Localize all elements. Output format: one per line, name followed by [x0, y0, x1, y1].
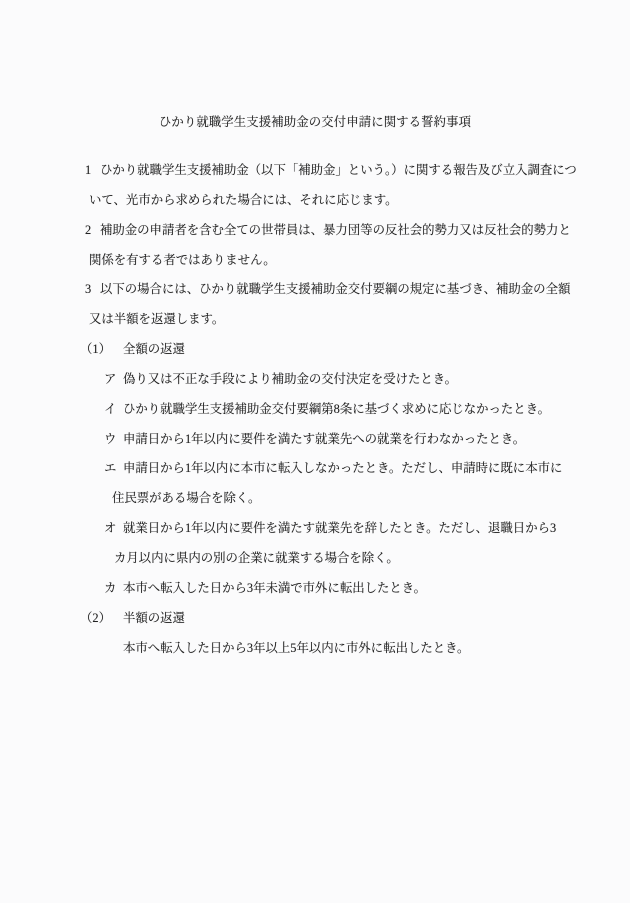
document-title: ひかり就職学生支援補助金の交付申請に関する誓約事項	[0, 108, 630, 138]
item-2-continuation-text: 関係を有する者ではありません。	[89, 253, 276, 267]
sub-item-e-continuation-text: 住民票がある場合を除く。	[112, 491, 260, 505]
item-1-continuation-text: いて、光市から求められた場合には、それに応じます。	[89, 193, 398, 207]
subsection-2-number: （2）	[80, 604, 123, 634]
sub-item-u-marker: ウ	[104, 425, 123, 455]
subsection-1-heading: （1）全額の返還	[0, 335, 630, 365]
sub-item-o-continuation-text: カ月以内に県内の別の企業に就業する場合を除く。	[114, 551, 399, 565]
sub-item-e-text: 申請日から1年以内に本市に転入しなかったとき。ただし、申請時に既に本市に	[123, 461, 562, 475]
subsection-2-text: 半額の返還	[123, 611, 185, 625]
subsection-2-heading: （2）半額の返還	[0, 604, 630, 634]
item-1-number: 1	[85, 156, 100, 186]
item-3-line: 3以下の場合には、ひかり就職学生支援補助金交付要綱の規定に基づき、補助金の全額	[0, 275, 630, 305]
sub-item-i-line: イひかり就職学生支援補助金交付要綱第8条に基づく求めに応じなかったとき。	[0, 395, 630, 425]
sub-item-u-line: ウ申請日から1年以内に要件を満たす就業先への就業を行わなかったとき。	[0, 425, 630, 455]
item-3-number: 3	[85, 275, 100, 305]
item-3-continuation: 又は半額を返還します。	[0, 305, 630, 335]
sub-item-a-text: 偽り又は不正な手段により補助金の交付決定を受けたとき。	[123, 372, 457, 386]
sub-item-o-line: オ就業日から1年以内に要件を満たす就業先を辞したとき。ただし、退職日から3	[0, 514, 630, 544]
sub-item-o-marker: オ	[104, 514, 123, 544]
sub-item-e-marker: エ	[104, 454, 123, 484]
subsection-2-body-text: 本市へ転入した日から3年以上5年以内に市外に転出したとき。	[123, 641, 469, 655]
item-2-number: 2	[85, 216, 100, 246]
item-1-line: 1ひかり就職学生支援補助金（以下「補助金」という。）に関する報告及び立入調査につ	[0, 156, 630, 186]
item-2-line: 2補助金の申請者を含む全ての世帯員は、暴力団等の反社会的勢力又は反社会的勢力と	[0, 216, 630, 246]
subsection-1-number: （1）	[80, 335, 123, 365]
sub-item-e-line: エ申請日から1年以内に本市に転入しなかったとき。ただし、申請時に既に本市に	[0, 454, 630, 484]
sub-item-a-line: ア偽り又は不正な手段により補助金の交付決定を受けたとき。	[0, 365, 630, 395]
sub-item-i-text: ひかり就職学生支援補助金交付要綱第8条に基づく求めに応じなかったとき。	[123, 402, 550, 416]
sub-item-u-text: 申請日から1年以内に要件を満たす就業先への就業を行わなかったとき。	[123, 432, 525, 446]
sub-item-ka-line: カ本市へ転入した日から3年未満で市外に転出したとき。	[0, 574, 630, 604]
item-1-text: ひかり就職学生支援補助金（以下「補助金」という。）に関する報告及び立入調査につ	[100, 163, 577, 177]
sub-item-o-text: 就業日から1年以内に要件を満たす就業先を辞したとき。ただし、退職日から3	[123, 521, 556, 535]
sub-item-ka-marker: カ	[104, 574, 123, 604]
document-page: ひかり就職学生支援補助金の交付申請に関する誓約事項 1ひかり就職学生支援補助金（…	[0, 0, 630, 903]
sub-item-ka-text: 本市へ転入した日から3年未満で市外に転出したとき。	[123, 581, 426, 595]
item-3-text: 以下の場合には、ひかり就職学生支援補助金交付要綱の規定に基づき、補助金の全額	[100, 282, 570, 296]
item-1-continuation: いて、光市から求められた場合には、それに応じます。	[0, 186, 630, 216]
item-2-text: 補助金の申請者を含む全ての世帯員は、暴力団等の反社会的勢力又は反社会的勢力と	[100, 223, 571, 237]
document-body: 1ひかり就職学生支援補助金（以下「補助金」という。）に関する報告及び立入調査につ…	[0, 156, 630, 663]
sub-item-i-marker: イ	[104, 395, 123, 425]
sub-item-o-continuation: カ月以内に県内の別の企業に就業する場合を除く。	[0, 544, 630, 574]
item-3-continuation-text: 又は半額を返還します。	[89, 312, 224, 326]
sub-item-e-continuation: 住民票がある場合を除く。	[0, 484, 630, 514]
sub-item-a-marker: ア	[104, 365, 123, 395]
subsection-1-text: 全額の返還	[123, 342, 185, 356]
item-2-continuation: 関係を有する者ではありません。	[0, 246, 630, 276]
subsection-2-body-line: 本市へ転入した日から3年以上5年以内に市外に転出したとき。	[0, 634, 630, 664]
